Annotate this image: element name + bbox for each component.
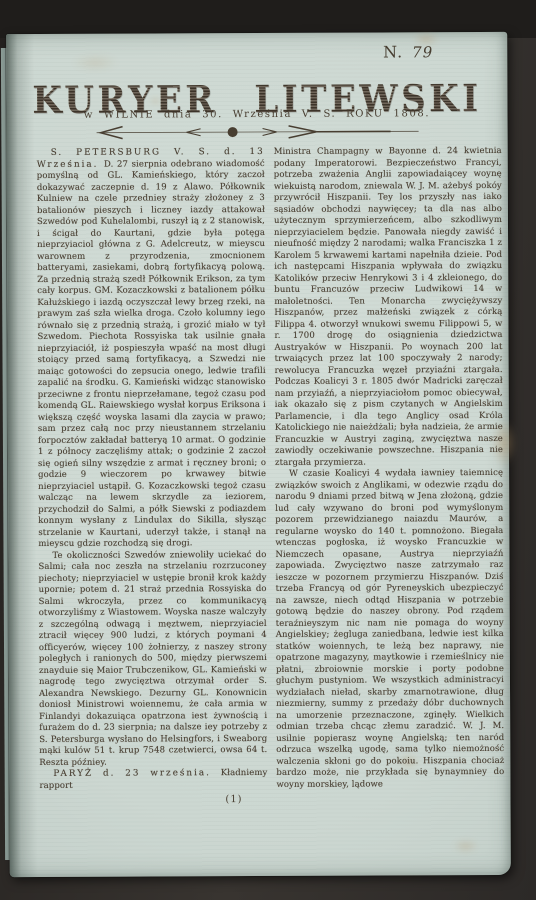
article-lead: S. PETERSBURG V. S. d. 13 Września. (37, 147, 265, 169)
article-lead: PARYŻ d. 23 września. (53, 768, 220, 779)
paragraph: Te okoliczności Szwedów zniewoliły uciek… (38, 549, 267, 768)
paragraph: Ministra Champagny w Bayonne d. 24 kwiet… (274, 146, 503, 469)
page-fold-shadow (6, 34, 38, 877)
paragraph: W czasie Koalicyi 4 wydała iawniey taiem… (275, 468, 504, 791)
paper-stain (448, 836, 484, 856)
paragraph: PARYŻ d. 23 września. Kładniemy rapport (39, 768, 267, 792)
scanner-background: N.79 KURYER LITEWSKI w WILNIE dnia 30. W… (0, 0, 536, 900)
issue-number-value: 79 (412, 43, 433, 61)
right-column: Ministra Champagny w Bayonne d. 24 kwiet… (274, 146, 505, 791)
page-number: (1) (11, 793, 456, 806)
left-column: S. PETERSBURG V. S. d. 13 Września. D. 2… (37, 147, 268, 792)
paper-stain (62, 50, 128, 76)
dateline: w WILNIE dnia 30. Września V. S. ROKU 18… (6, 108, 507, 121)
issue-number-label: N. (383, 42, 403, 61)
issue-number: N.79 (383, 42, 433, 61)
newspaper-page: N.79 KURYER LITEWSKI w WILNIE dnia 30. W… (6, 32, 511, 877)
divider-ornament-icon (7, 123, 508, 145)
paragraph: S. PETERSBURG V. S. d. 13 Września. D. 2… (37, 147, 267, 550)
article-text-block: S. PETERSBURG V. S. d. 13 Września. D. 2… (37, 146, 485, 806)
columns: S. PETERSBURG V. S. d. 13 Września. D. 2… (37, 146, 485, 792)
